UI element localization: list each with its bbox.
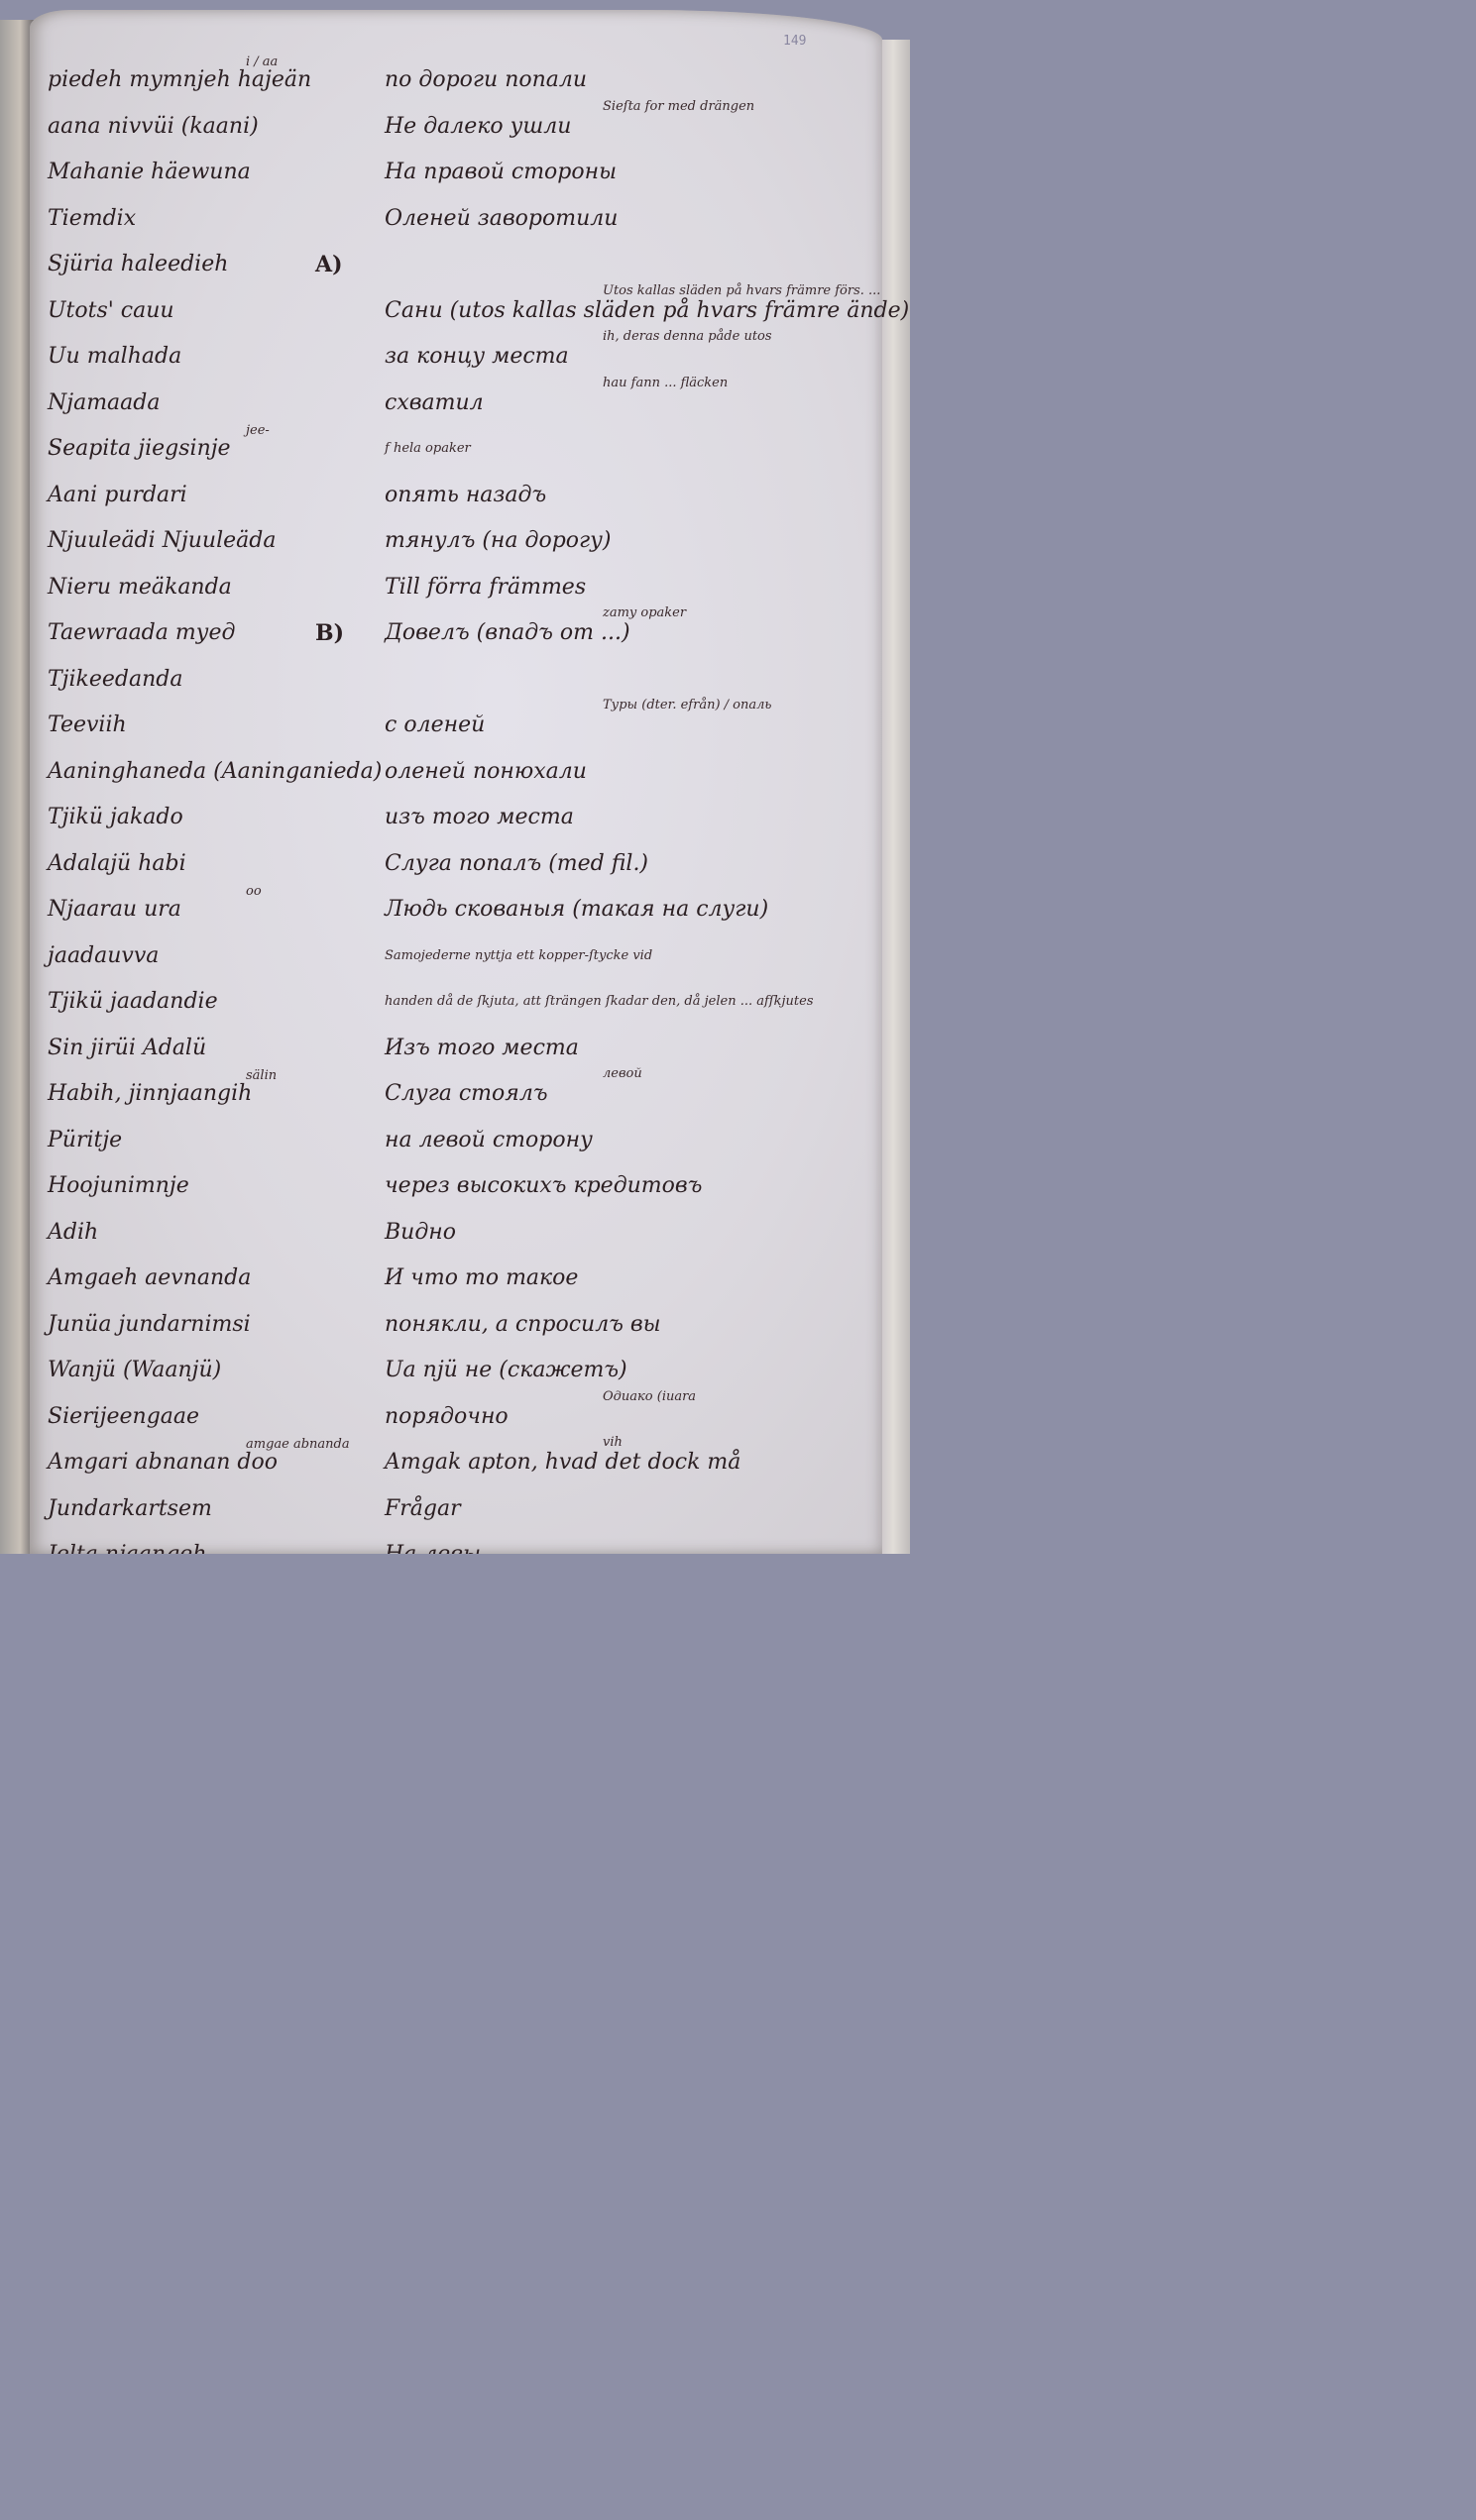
sami-term: Adalajü habi xyxy=(48,853,186,875)
sami-term: Sjüria haleedieh xyxy=(48,254,228,275)
russian-translation: Изъ того места xyxy=(385,1038,579,1059)
russian-translation: Оленей заворотили xyxy=(385,208,618,230)
sami-term: Seapita jiegsinje xyxy=(48,438,231,460)
sami-term: Sierijeengaae xyxy=(48,1406,199,1428)
sami-term: Mahanie häewuna xyxy=(48,162,251,183)
swedish-note: ih, deras denna påde utos xyxy=(603,330,772,343)
russian-translation: Слуга попалъ (med fil.) xyxy=(385,853,648,875)
swedish-note: Одиако (iuara xyxy=(603,1390,696,1403)
page-stack-edge xyxy=(882,40,910,1554)
sami-term: Aaninghaneda (Aaninganieda) xyxy=(48,761,382,783)
interlinear-correction: i / aa xyxy=(246,55,278,68)
russian-translation: через высокихъ кредитовъ xyxy=(385,1175,702,1197)
swedish-note: handen då de ſkjuta, att ſträngen ſkadar… xyxy=(385,995,814,1008)
sami-term: Njamaada xyxy=(48,392,160,414)
russian-translation: Ua njü не (скажетъ) xyxy=(385,1360,627,1381)
russian-translation: с оленей xyxy=(385,714,485,736)
section-marker: B) xyxy=(315,622,344,644)
sami-term: Aani purdari xyxy=(48,485,187,506)
russian-translation: за концу места xyxy=(385,346,569,368)
russian-translation: На правой стороны xyxy=(385,162,617,183)
russian-translation: порядочно xyxy=(385,1406,509,1428)
swedish-note: f hela opaker xyxy=(385,442,471,455)
russian-translation: Сани (utos kallas släden på hvars främre… xyxy=(385,300,909,322)
russian-translation: изъ того места xyxy=(385,807,574,828)
interlinear-correction: amgae abnanda xyxy=(246,1438,350,1451)
sami-term: Uu malhada xyxy=(48,346,181,368)
sami-term: jaadauvva xyxy=(48,945,159,967)
swedish-note: Utos kallas släden på hvars främre förs.… xyxy=(603,284,880,297)
facing-page-edge xyxy=(0,20,34,1554)
sami-term: Junüa jundarnimsi xyxy=(48,1314,251,1336)
swedish-note: левой xyxy=(603,1067,642,1080)
sami-term: Amgaeh aevnanda xyxy=(48,1267,251,1289)
sami-term: Njuuleädi Njuuleäda xyxy=(48,530,276,552)
swedish-note: Туры (dter. efrån) / опаль xyxy=(603,699,771,712)
sami-term: Njaarau ura xyxy=(48,899,181,921)
interlinear-correction: sälin xyxy=(246,1069,277,1082)
russian-translation: опять назадъ xyxy=(385,485,546,506)
russian-translation: Не далеко ушли xyxy=(385,116,571,138)
russian-translation: понякли, а спросилъ вы xyxy=(385,1314,661,1336)
russian-translation: тянулъ (на дорогу) xyxy=(385,530,612,552)
swedish-note: zamy opaker xyxy=(603,606,686,619)
sami-term: Tiemdix xyxy=(48,208,136,230)
sami-term: Habih, jinnjaangih xyxy=(48,1083,252,1105)
russian-translation: Frågar xyxy=(385,1498,461,1520)
sami-term: Teeviih xyxy=(48,714,127,736)
russian-translation: Amgak apton, hvad det dock må xyxy=(385,1452,740,1474)
sami-term: piedeh mymnjeh hajeän xyxy=(48,69,311,91)
russian-translation: по дороги попали xyxy=(385,69,587,91)
sami-term: Sin jirüi Adalü xyxy=(48,1038,206,1059)
swedish-note: Samojederne nyttja ett kopper-ſtycke vid xyxy=(385,949,652,962)
sami-term: Taewraada mуед xyxy=(48,622,235,644)
swedish-note: vih xyxy=(603,1436,623,1449)
sami-term: Püritje xyxy=(48,1130,122,1151)
russian-translation: Till förra främmes xyxy=(385,577,586,599)
russian-translation: Довелъ (впадъ от ...) xyxy=(385,622,630,644)
sami-term: Utots' cаии xyxy=(48,300,174,322)
sami-term: Jelta njaangeh xyxy=(48,1544,207,1554)
sami-term: Adih xyxy=(48,1222,98,1244)
folio-number: 149 xyxy=(783,34,806,49)
sami-term: Tjikü jakado xyxy=(48,807,183,828)
interlinear-correction: jee- xyxy=(246,424,270,437)
sami-term: Amgari abnanan doo xyxy=(48,1452,278,1474)
russian-translation: И что то такое xyxy=(385,1267,578,1289)
sami-term: Hoojunimnje xyxy=(48,1175,189,1197)
russian-translation: схватил xyxy=(385,392,484,414)
russian-translation: Людь скованыя (такая на слуги) xyxy=(385,899,768,921)
section-marker: A) xyxy=(315,254,342,275)
russian-translation: на левой сторону xyxy=(385,1130,593,1151)
swedish-note: Sieſta for med drängen xyxy=(603,100,754,113)
russian-translation: Видно xyxy=(385,1222,456,1244)
swedish-note: hau fann ... fläcken xyxy=(603,377,728,389)
sami-term: Wanjü (Waanjü) xyxy=(48,1360,221,1381)
sami-term: aana nivvüi (kaani) xyxy=(48,116,259,138)
sami-term: Tjikü jaadandie xyxy=(48,991,218,1013)
russian-translation: Слуга стоялъ xyxy=(385,1083,548,1105)
sami-term: Tjikeedanda xyxy=(48,669,182,691)
interlinear-correction: oo xyxy=(246,885,262,898)
sami-term: Jundarkartsem xyxy=(48,1498,212,1520)
russian-translation: На левы xyxy=(385,1544,481,1554)
russian-translation: оленей понюхали xyxy=(385,761,587,783)
sami-term: Nieru meäkanda xyxy=(48,577,232,599)
